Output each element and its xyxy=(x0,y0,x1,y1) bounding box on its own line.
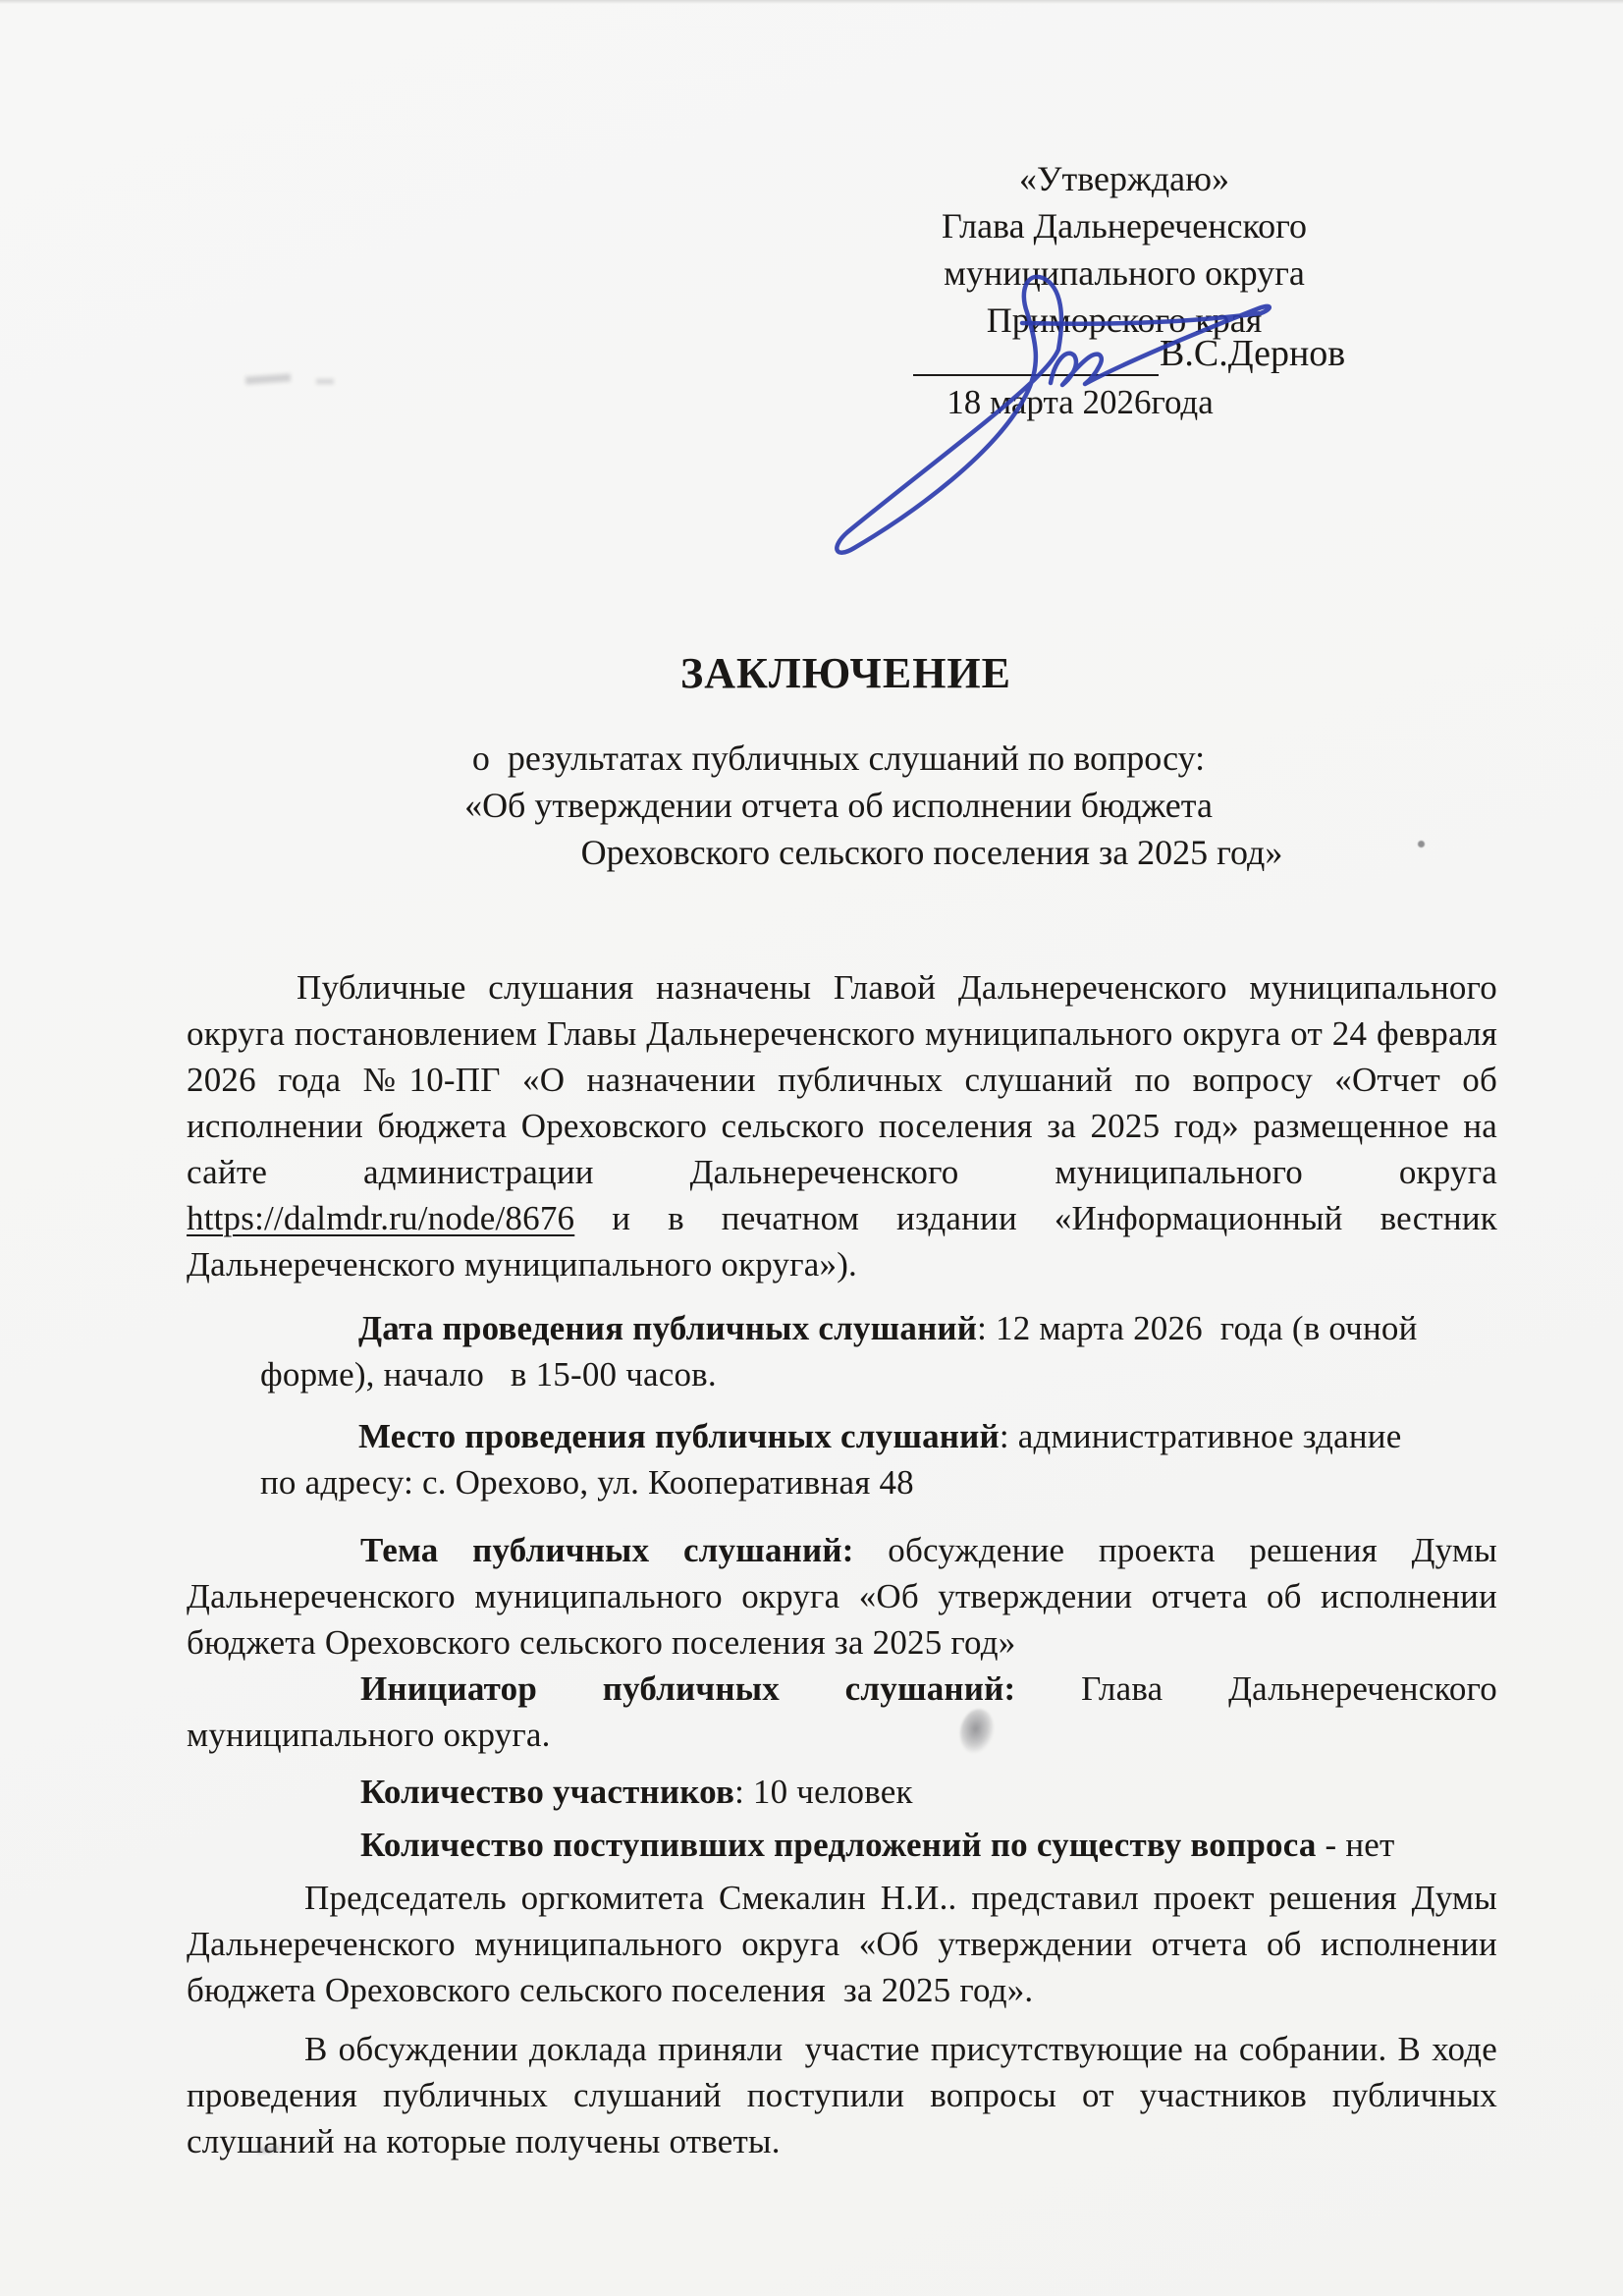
bold-label: Количество участников xyxy=(360,1773,734,1811)
bold-label: Место проведения публичных слушаний xyxy=(358,1417,1000,1455)
document-body: Публичные слушания назначены Главой Даль… xyxy=(187,964,1497,2164)
signature-underline xyxy=(913,374,1159,376)
text-run: : 10 человек xyxy=(734,1773,913,1811)
paragraph: Тема публичных слушаний: обсуждение прое… xyxy=(187,1527,1497,1666)
document-url: https://dalmdr.ru/node/8676 xyxy=(187,1199,574,1237)
scan-artifact xyxy=(245,373,291,384)
approval-date: 18 марта 2026года xyxy=(918,383,1242,422)
subtitle-line-2: «Об утверждении отчета об исполнении бюд… xyxy=(54,782,1623,829)
text-run: В обсуждении доклада приняли участие при… xyxy=(187,2030,1497,2160)
document-title: ЗАКЛЮЧЕНИЕ xyxy=(0,648,1623,698)
bold-label: Количество поступивших предложений по су… xyxy=(360,1826,1317,1864)
paragraph: Инициатор публичных слушаний: Глава Даль… xyxy=(187,1666,1497,1758)
subtitle-line-3: Ореховского сельского поселения за 2025 … xyxy=(147,829,1623,876)
signature-area: В.С.Дернов 18 марта 2026года xyxy=(830,155,1419,440)
paragraph: Место проведения публичных слушаний: адм… xyxy=(260,1413,1429,1505)
bold-label: Дата проведения публичных слушаний xyxy=(358,1309,977,1347)
document-page: «Утверждаю» Глава Дальнереченского муниц… xyxy=(0,0,1623,2296)
text-run: - нет xyxy=(1317,1826,1395,1864)
document-subtitle: о результатах публичных слушаний по вопр… xyxy=(0,735,1623,876)
scan-artifact xyxy=(316,379,334,384)
subtitle-line-1: о результатах публичных слушаний по вопр… xyxy=(54,735,1623,782)
text-run: Председатель оргкомитета Смекалин Н.И.. … xyxy=(187,1879,1497,2009)
paragraph: Дата проведения публичных слушаний: 12 м… xyxy=(260,1305,1429,1397)
paragraph: В обсуждении доклада приняли участие при… xyxy=(187,2026,1497,2164)
bold-label: Тема публичных слушаний: xyxy=(360,1531,854,1569)
paragraph: Количество поступивших предложений по су… xyxy=(187,1822,1497,1868)
paragraph: Публичные слушания назначены Главой Даль… xyxy=(187,964,1497,1287)
paragraph: Количество участников: 10 человек xyxy=(187,1769,1497,1815)
paragraph: Председатель оргкомитета Смекалин Н.И.. … xyxy=(187,1875,1497,2013)
bold-label: Инициатор публичных слушаний: xyxy=(360,1669,1015,1708)
signer-name: В.С.Дернов xyxy=(1160,332,1345,375)
text-run: Публичные слушания назначены Главой Даль… xyxy=(187,968,1497,1191)
